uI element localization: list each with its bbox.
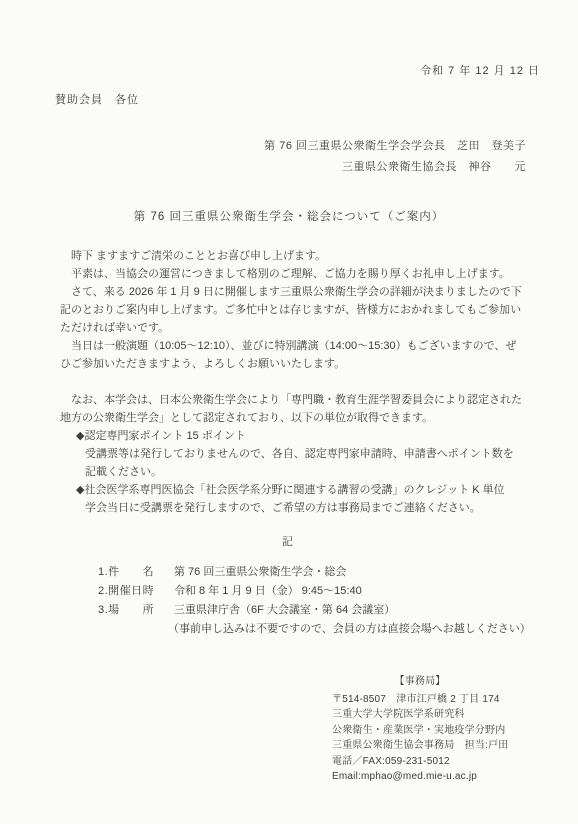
office-phone-fax: 電話／FAX:059-231-5012: [332, 754, 508, 770]
sender-line-society-president: 第 76 回三重県公衆衛生学会学会長 芝田 登美子: [0, 136, 526, 157]
paragraph-thanks: 平素は、当協会の運営につきまして格別のご理解、ご協力を賜り厚くお礼申し上げます。: [60, 265, 524, 283]
bullet-title-text: 社会医学系専門医協会「社会医学系分野に関連する講習の受講」のクレジット K 単位: [84, 484, 504, 496]
office-postal-address: 〒514-8507 津市江戸橋 2 丁目 174: [332, 692, 508, 708]
list-item-place: 3.場 所 三重県津庁舎（6F 大会議室・第 64 会議室）: [98, 601, 578, 620]
recipient-line: 賛助会員 各位: [55, 91, 578, 107]
item-label: 2.開催日時: [98, 582, 174, 601]
list-item-datetime: 2.開催日時 令和 8 年 1 月 9 日（金） 9:45～15:40: [98, 582, 578, 601]
item-label: 3.場 所: [98, 601, 174, 620]
office-department: 公衆衛生・産業医学・実地疫学分野内: [332, 723, 508, 739]
record-heading: 記: [0, 533, 578, 549]
document-page: 令和 7 年 12 月 12 日 賛助会員 各位 第 76 回三重県公衆衛生学会…: [0, 0, 578, 824]
body-text: 時下 ますますご清栄のこととお喜び申し上げます。 平素は、当協会の運営につきまし…: [60, 247, 524, 517]
item-value: 令和 8 年 1 月 9 日（金） 9:45～15:40: [174, 582, 578, 601]
list-item-name: 1.件 名 第 76 回三重県公衆衛生学会・総会: [98, 563, 578, 582]
paragraph-greeting: 時下 ますますご清栄のこととお喜び申し上げます。: [60, 247, 524, 265]
sender-block: 第 76 回三重県公衆衛生学会学会長 芝田 登美子 三重県公衆衛生協会長 神谷 …: [0, 136, 578, 178]
office-email: Email:mphao@med.mie-u.ac.jp: [332, 769, 508, 785]
bullet-title-text: 認定専門家ポイント 15 ポイント: [84, 430, 245, 442]
list-item-place-note: （事前申し込みは不要ですので、会員の方は直接会場へお越しください）: [168, 620, 578, 639]
bullet-description: 学会当日に受講票を発行しますので、ご希望の方は事務局までご連絡ください。: [85, 499, 524, 517]
bullet-item-points: ◆認定専門家ポイント 15 ポイント 受講票等は発行しておりませんので、各自、認…: [76, 427, 524, 481]
paragraph-announcement: さて、来る 2026 年 1 月 9 日に開催します三重県公衆衛生学会の詳細が決…: [60, 283, 524, 337]
item-value: 三重県津庁舎（6F 大会議室・第 64 会議室）: [174, 601, 578, 620]
paragraph-program: 当日は一般演題（10:05～12:10）、並びに特別講演（14:00～15:30…: [60, 337, 524, 373]
bullet-description: 受講票等は発行しておりませんので、各自、認定専門家申請時、申請書へポイント数を記…: [85, 445, 524, 481]
office-university: 三重大学大学院医学系研究科: [332, 707, 508, 723]
paragraph-certification: なお、本学会は、日本公衆衛生学会により「専門職・教育生涯学習委員会により認定され…: [60, 391, 524, 427]
item-value: 第 76 回三重県公衆衛生学会・総会: [174, 563, 578, 582]
item-label: 1.件 名: [98, 563, 174, 582]
document-date: 令和 7 年 12 月 12 日: [0, 0, 578, 78]
document-title: 第 76 回三重県公衆衛生学会・総会について（ご案内）: [0, 208, 578, 224]
office-block: 【事務局】 〒514-8507 津市江戸橋 2 丁目 174 三重大学大学院医学…: [332, 674, 508, 785]
bullet-item-credit: ◆社会医学系専門医協会「社会医学系分野に関連する講習の受講」のクレジット K 単…: [76, 481, 524, 517]
detail-list: 1.件 名 第 76 回三重県公衆衛生学会・総会 2.開催日時 令和 8 年 1…: [98, 563, 578, 639]
sender-line-association-president: 三重県公衆衛生協会長 神谷 元: [0, 157, 526, 178]
office-heading: 【事務局】: [332, 674, 508, 690]
office-contact-person: 三重県公衆衛生協会事務局 担当:戸田: [332, 738, 508, 754]
